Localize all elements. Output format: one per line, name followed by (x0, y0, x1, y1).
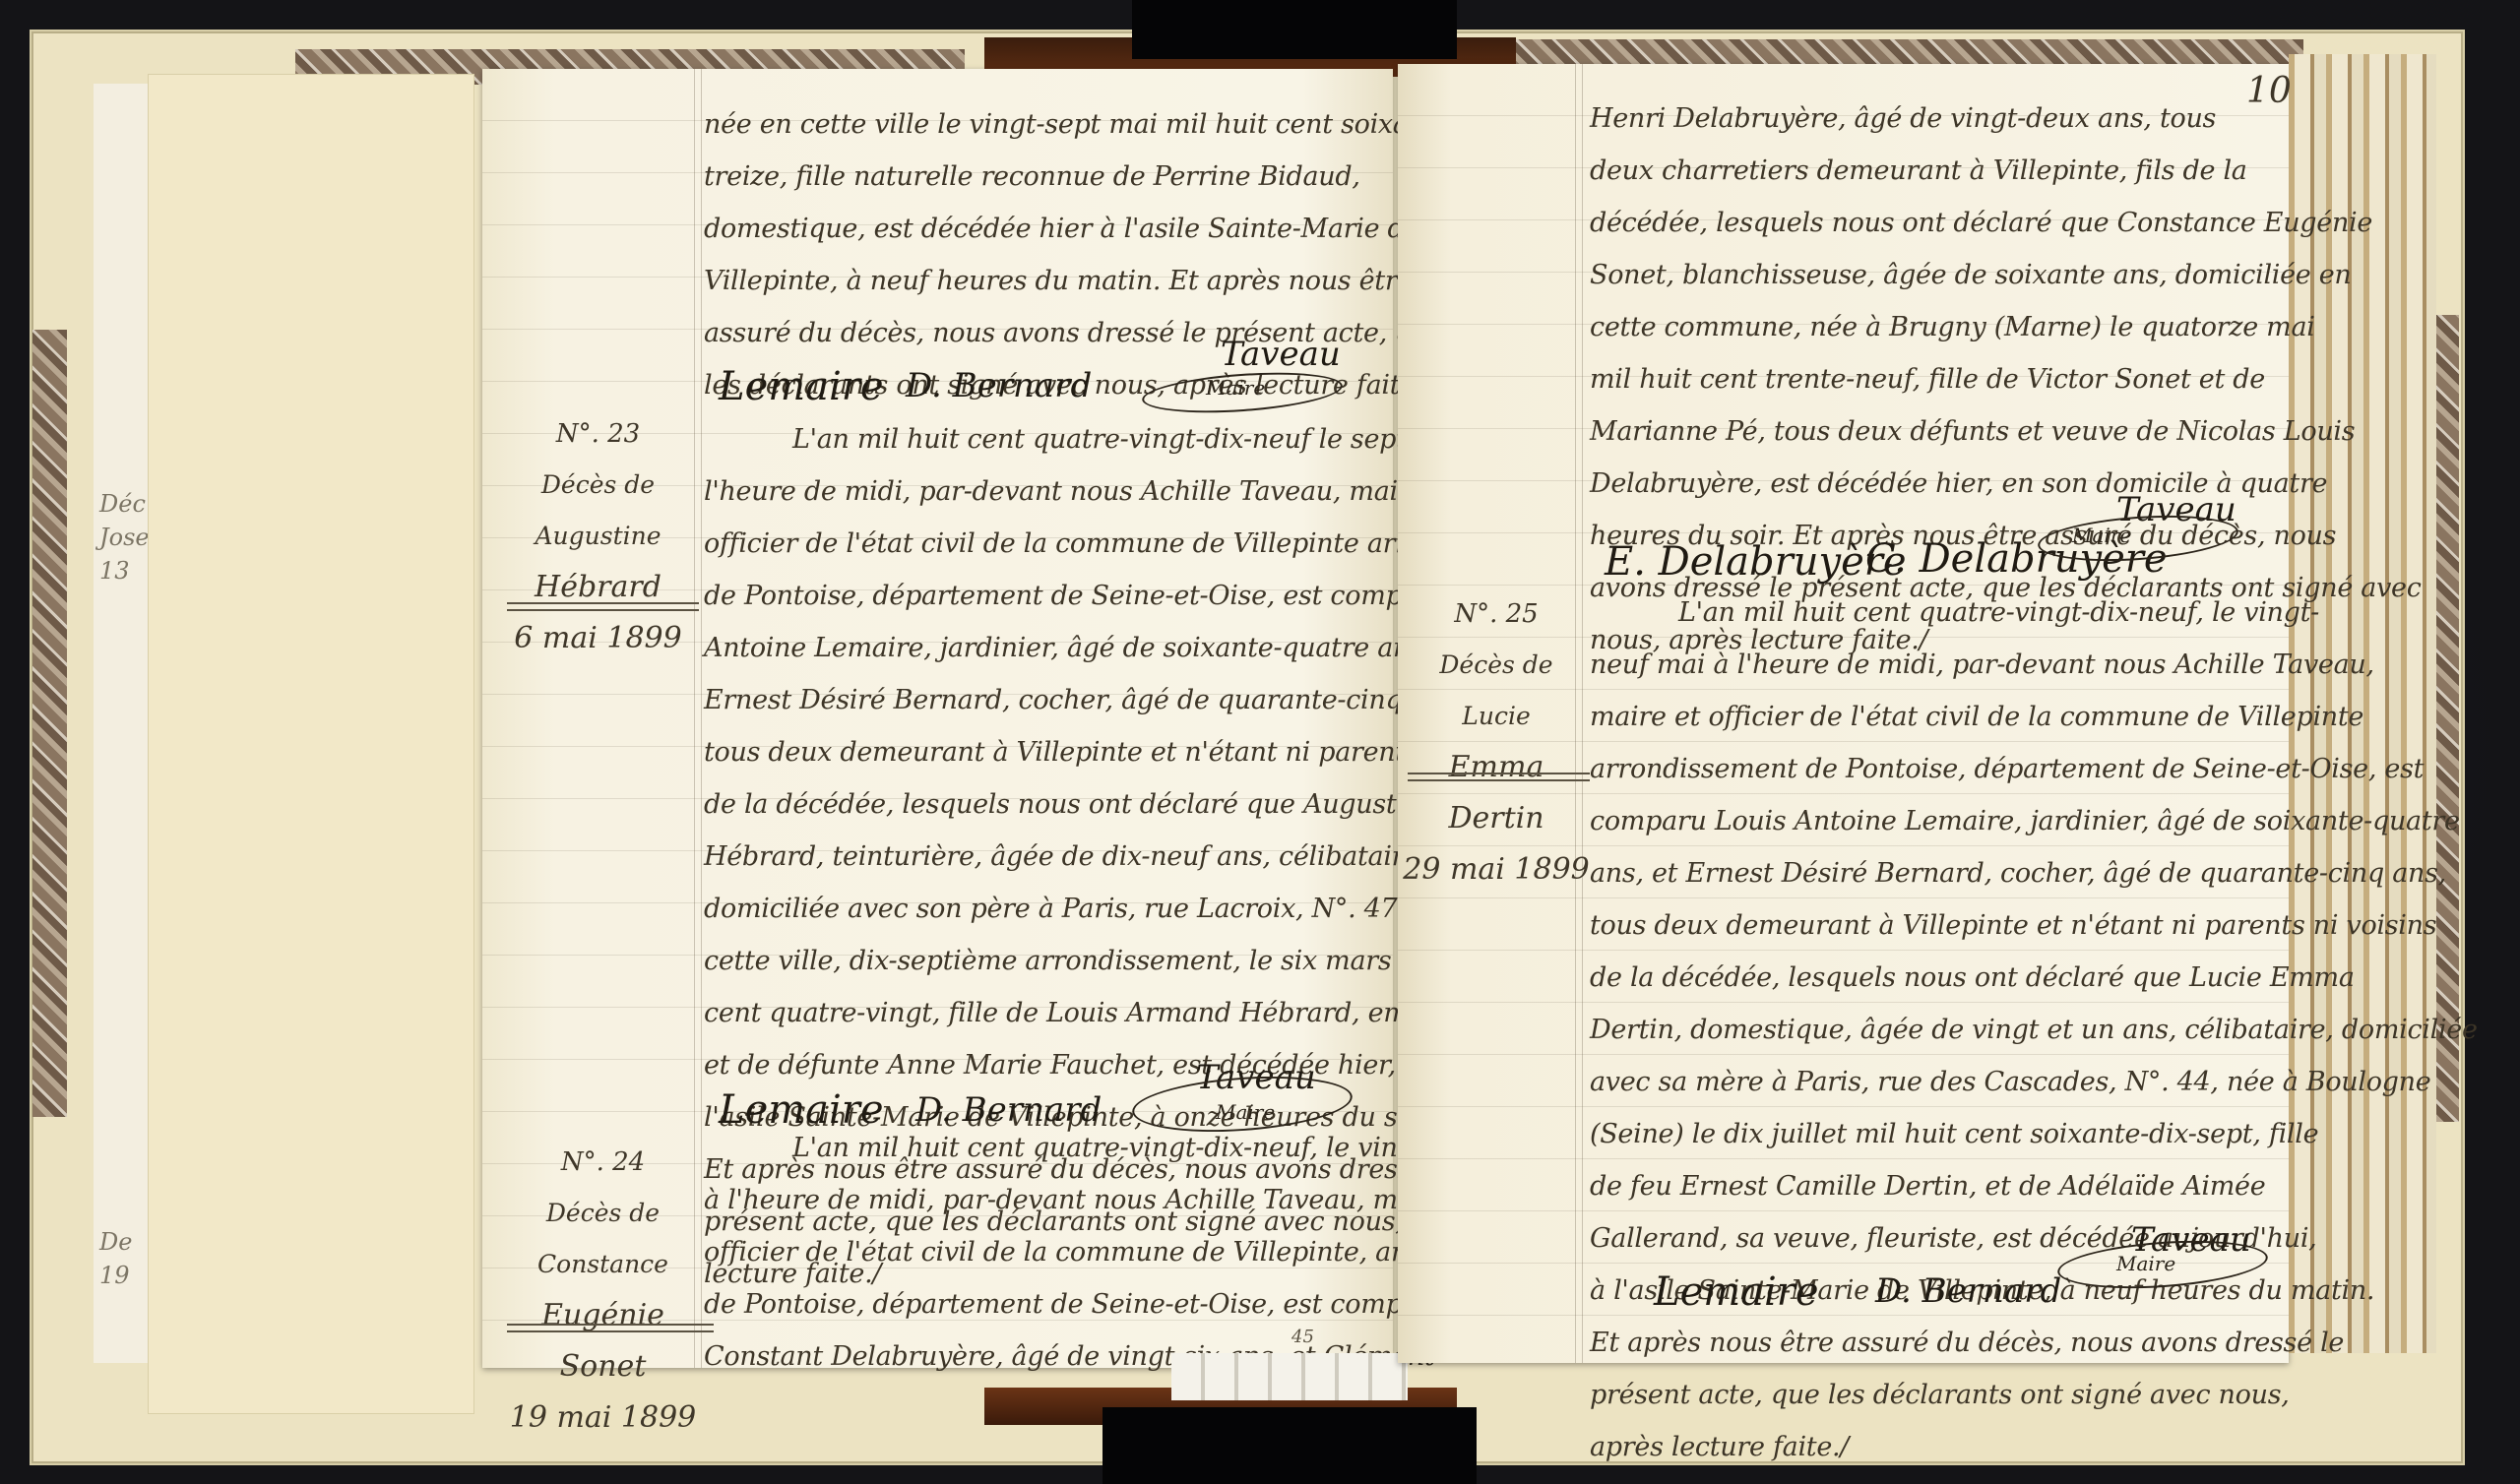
signature-mayor: Taveau (1221, 335, 1341, 374)
inserted-tabs (1171, 1353, 1408, 1400)
mayor-title: Maire (1216, 1100, 1275, 1124)
signature-e-delabruyere: E. Delabruyère (1605, 539, 1907, 585)
entry-separator (507, 1324, 714, 1332)
entry-25-margin: N°. 25 Décès de Lucie Emma Dertin 29 mai… (1403, 588, 1590, 896)
signature-lemaire: Lemaire (1654, 1269, 1819, 1315)
ghost-entry-2: De 19 (99, 1225, 132, 1292)
entry-24-margin: N°. 24 Décès de Constance Eugénie Sonet … (497, 1137, 709, 1444)
spine-shadow-bottom (1102, 1407, 1477, 1484)
mayor-title: Maire (2072, 524, 2131, 547)
entry-25-body: L'an mil huit cent quatre-vingt-dix-neuf… (1590, 587, 2279, 1473)
entry-24-body: L'an mil huit cent quatre-vingt-dix-neuf… (704, 1122, 1383, 1383)
entry-23-margin: N°. 23 Décès de Augustine Hébrard 6 mai … (492, 408, 704, 664)
spine-shadow-top (1132, 0, 1457, 59)
entry-separator (507, 602, 699, 611)
pencil-annotation: 45 (1291, 1327, 1314, 1347)
mayor-title: Maire (2116, 1252, 2175, 1275)
marbled-cover-edge-left (32, 330, 67, 1117)
signature-bernard: D. Bernard (1875, 1271, 2061, 1311)
entry-separator (1408, 773, 1590, 781)
signature-bernard: D. Bernard (906, 366, 1092, 405)
ghost-entry-1: Déc Jose 13 (99, 487, 150, 587)
mayor-title: Maire (1206, 376, 1265, 400)
blank-endpaper (148, 74, 474, 1414)
marbled-cover-edge-top-right (1506, 39, 2303, 65)
signature-lemaire: Lemaire (719, 364, 884, 409)
